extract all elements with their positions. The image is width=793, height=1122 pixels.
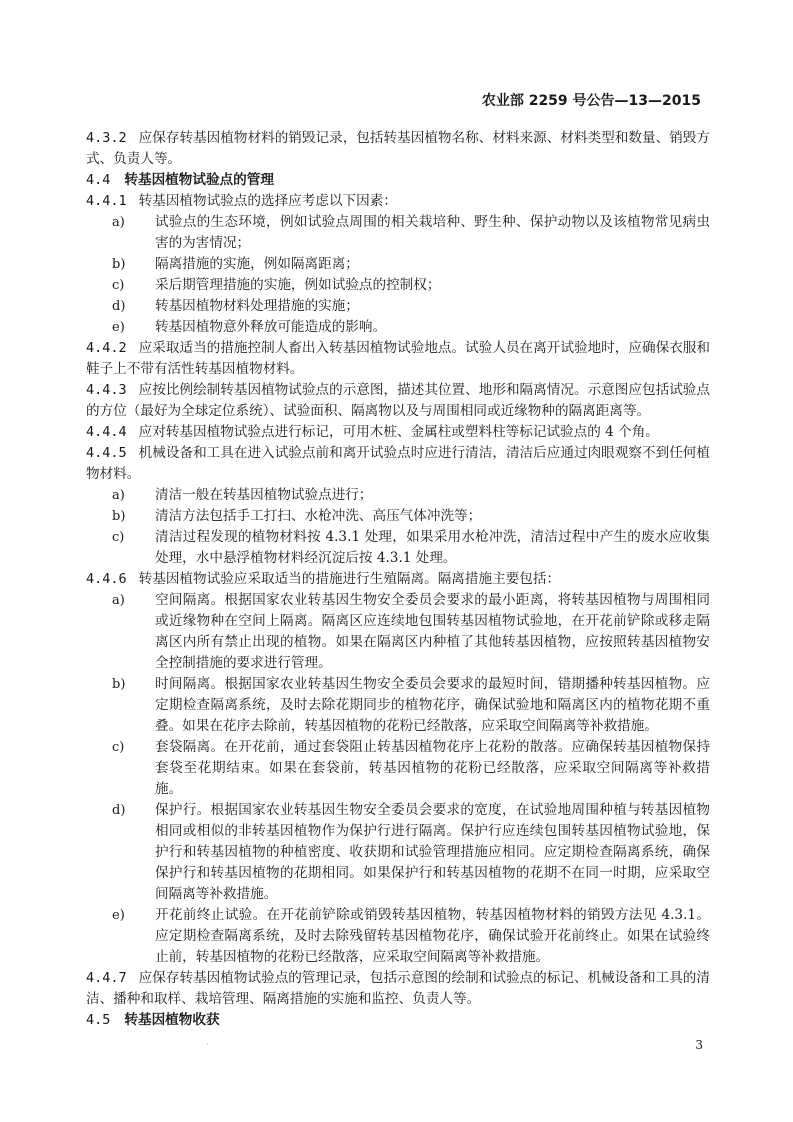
list-item: d)保护行。根据国家农业转基因生物安全委员会要求的宽度，在试验地周围种植与转基因… (86, 800, 710, 905)
clause-number: 4.4.6 (86, 571, 127, 587)
clause-number: 4.4.1 (86, 193, 127, 209)
list-item: c)套袋隔离。在开花前，通过套袋阻止转基因植物花序上花粉的散落。应确保转基因植物… (86, 737, 710, 800)
clause-text: 应保存转基因植物材料的销毁记录，包括转基因植物名称、材料来源、材料类型和数量、销… (86, 130, 710, 167)
section-heading-4-4: 4.4转基因植物试验点的管理 (86, 170, 710, 191)
list-item: b)时间隔离。根据国家农业转基因生物安全委员会要求的最短时间，错期播种转基因植物… (86, 674, 710, 737)
list-label: b) (112, 674, 125, 695)
document-body: 4.3.2应保存转基因植物材料的销毁记录，包括转基因植物名称、材料来源、材料类型… (86, 128, 710, 1031)
list-item: a)空间隔离。根据国家农业转基因生物安全委员会要求的最小距离，将转基因植物与周围… (86, 590, 710, 674)
clause-4-4-5: 4.4.5机械设备和工具在进入试验点前和离开试验点时应进行清洁，清洁后应通过肉眼… (86, 443, 710, 485)
list-label: d) (112, 800, 125, 821)
list-label: c) (112, 737, 124, 758)
section-number: 4.4 (86, 172, 110, 188)
section-number: 4.5 (86, 1012, 110, 1028)
list-item: c)采后期管理措施的实施，例如试验点的控制权； (86, 275, 710, 296)
clause-number: 4.4.4 (86, 424, 127, 440)
clause-4-4-6: 4.4.6转基因植物试验应采取适当的措施进行生殖隔离。隔离措施主要包括： (86, 569, 710, 590)
list-text: 空间隔离。根据国家农业转基因生物安全委员会要求的最小距离，将转基因植物与周围相同… (155, 592, 710, 671)
clause-text: 转基因植物试验应采取适当的措施进行生殖隔离。隔离措施主要包括： (139, 571, 560, 587)
list-item: e)转基因植物意外释放可能造成的影响。 (86, 317, 710, 338)
clause-number: 4.4.5 (86, 445, 127, 461)
list-label: a) (112, 212, 125, 233)
list-text: 隔离措施的实施，例如隔离距离； (155, 256, 359, 272)
list-label: c) (112, 527, 124, 548)
list-label: a) (112, 590, 125, 611)
list-item: e)开花前终止试验。在开花前铲除或销毁转基因植物，转基因植物材料的销毁方法见 4… (86, 905, 710, 968)
list-label: d) (112, 296, 125, 317)
clause-4-4-3: 4.4.3应按比例绘制转基因植物试验点的示意图，描述其位置、地形和隔离情况。示意… (86, 380, 710, 422)
clause-text: 应保存转基因植物试验点的管理记录，包括示意图的绘制和试验点的标记、机械设备和工具… (86, 970, 710, 1007)
standard-id-header: 农业部 2259 号公告—13—2015 (482, 90, 701, 110)
clause-number: 4.4.3 (86, 382, 127, 398)
clause-text: 转基因植物试验点的选择应考虑以下因素： (139, 193, 397, 209)
list-item: a)清洁一般在转基因植物试验点进行； (86, 485, 710, 506)
list-label: b) (112, 254, 125, 275)
clause-text: 应对转基因植物试验点进行标记，可用木桩、金属柱或塑料柱等标记试验点的 4 个角。 (139, 424, 659, 440)
clause-4-3-2: 4.3.2应保存转基因植物材料的销毁记录，包括转基因植物名称、材料来源、材料类型… (86, 128, 710, 170)
section-title: 转基因植物收获 (124, 1012, 219, 1028)
clause-text: 机械设备和工具在进入试验点前和离开试验点时应进行清洁，清洁后应通过肉眼观察不到任… (86, 445, 710, 482)
list-item: c)清洁过程发现的植物材料按 4.3.1 处理，如果采用水枪冲洗，清洁过程中产生… (86, 527, 710, 569)
list-item: a)试验点的生态环境，例如试验点周围的相关栽培种、野生种、保护动物以及该植物常见… (86, 212, 710, 254)
list-text: 清洁一般在转基因植物试验点进行； (155, 487, 373, 503)
clause-4-4-7: 4.4.7应保存转基因植物试验点的管理记录，包括示意图的绘制和试验点的标记、机械… (86, 968, 710, 1010)
list-text: 采后期管理措施的实施，例如试验点的控制权； (155, 277, 440, 293)
section-title: 转基因植物试验点的管理 (124, 172, 274, 188)
list-text: 时间隔离。根据国家农业转基因生物安全委员会要求的最短时间，错期播种转基因植物。应… (155, 676, 710, 734)
list-text: 开花前终止试验。在开花前铲除或销毁转基因植物，转基因植物材料的销毁方法见 4.3… (155, 907, 710, 965)
clause-4-4-2: 4.4.2应采取适当的措施控制人畜出入转基因植物试验地点。试验人员在离开试验地时… (86, 338, 710, 380)
list-text: 套袋隔离。在开花前，通过套袋阻止转基因植物花序上花粉的散落。应确保转基因植物保持… (155, 739, 710, 797)
clause-4-4-4: 4.4.4应对转基因植物试验点进行标记，可用木桩、金属柱或塑料柱等标记试验点的 … (86, 422, 710, 443)
page-number: 3 (695, 1038, 703, 1052)
list-label: e) (112, 317, 125, 338)
clause-number: 4.4.7 (86, 970, 127, 986)
clause-number: 4.3.2 (86, 130, 127, 146)
list-text: 转基因植物材料处理措施的实施； (155, 298, 359, 314)
list-label: a) (112, 485, 125, 506)
section-heading-4-5: 4.5转基因植物收获 (86, 1010, 710, 1031)
list-item: b)隔离措施的实施，例如隔离距离； (86, 254, 710, 275)
clause-text: 应采取适当的措施控制人畜出入转基因植物试验地点。试验人员在离开试验地时，应确保衣… (86, 340, 710, 377)
list-label: c) (112, 275, 124, 296)
list-label: e) (112, 905, 125, 926)
list-text: 清洁过程发现的植物材料按 4.3.1 处理，如果采用水枪冲洗，清洁过程中产生的废… (155, 529, 710, 566)
list-text: 试验点的生态环境，例如试验点周围的相关栽培种、野生种、保护动物以及该植物常见病虫… (155, 214, 710, 251)
list-text: 保护行。根据国家农业转基因生物安全委员会要求的宽度，在试验地周围种植与转基因植物… (155, 802, 710, 902)
stray-mark: · (206, 1040, 209, 1049)
list-item: b)清洁方法包括手工打扫、水枪冲洗、高压气体冲洗等； (86, 506, 710, 527)
list-item: d)转基因植物材料处理措施的实施； (86, 296, 710, 317)
list-label: b) (112, 506, 125, 527)
list-text: 清洁方法包括手工打扫、水枪冲洗、高压气体冲洗等； (155, 508, 481, 524)
clause-text: 应按比例绘制转基因植物试验点的示意图，描述其位置、地形和隔离情况。示意图应包括试… (86, 382, 710, 419)
clause-number: 4.4.2 (86, 340, 127, 356)
clause-4-4-1: 4.4.1转基因植物试验点的选择应考虑以下因素： (86, 191, 710, 212)
list-text: 转基因植物意外释放可能造成的影响。 (155, 319, 386, 335)
